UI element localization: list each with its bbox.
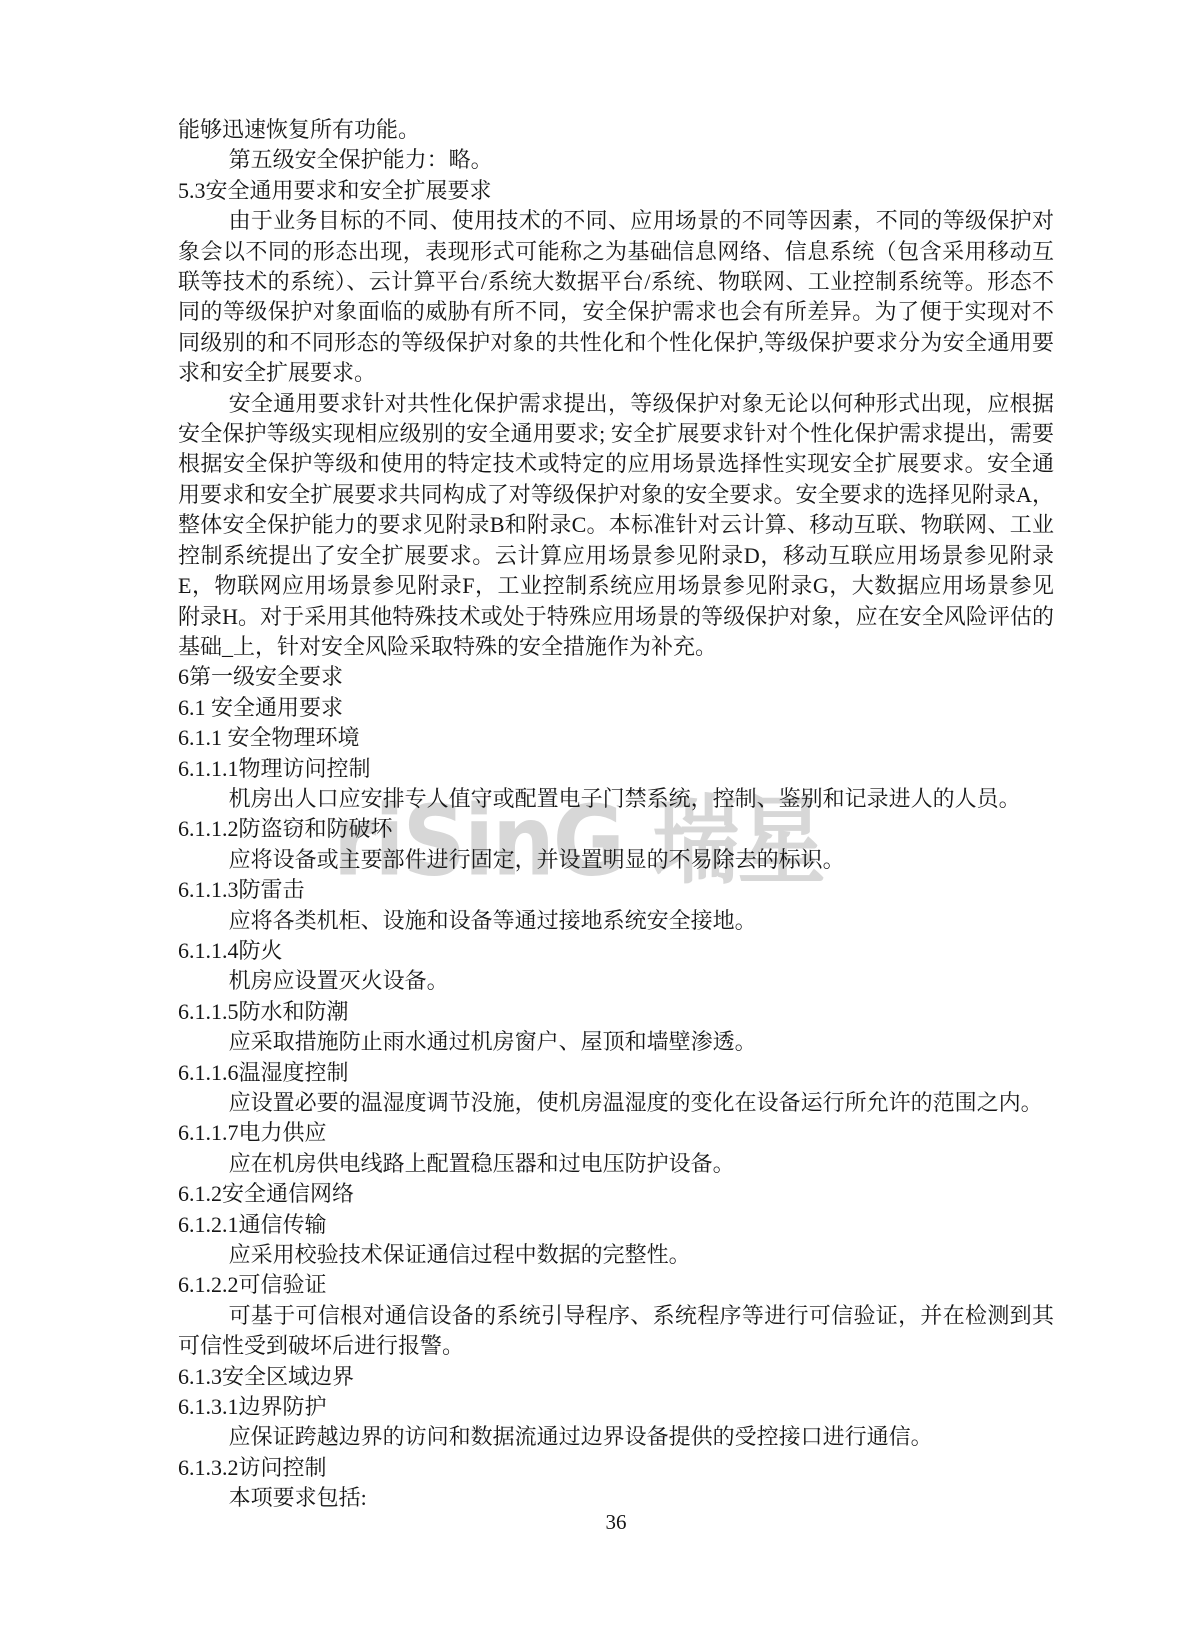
- paragraph: 应采用校验技术保证通信过程中数据的完整性。: [178, 1240, 1054, 1270]
- section-heading: 6.1.1.7电力供应: [178, 1118, 1054, 1148]
- section-heading: 6第一级安全要求: [178, 662, 1054, 692]
- section-heading: 6.1 安全通用要求: [178, 693, 1054, 723]
- paragraph: 由于业务目标的不同、使用技术的不同、应用场景的不同等因素，不同的等级保护对象会以…: [178, 206, 1054, 388]
- paragraph: 机房出人口应安排专人值守或配置电子门禁系统，控制、鉴别和记录进人的人员。: [178, 784, 1054, 814]
- paragraph: 应保证跨越边界的访问和数据流通过边界设备提供的受控接口进行通信。: [178, 1422, 1054, 1452]
- section-heading: 6.1.1.4防火: [178, 936, 1054, 966]
- section-heading: 6.1.1.3防雷击: [178, 875, 1054, 905]
- paragraph: 第五级安全保护能力：略。: [178, 145, 1054, 175]
- paragraph: 应将各类机柜、设施和设备等通过接地系统安全接地。: [178, 906, 1054, 936]
- paragraph: 安全通用要求针对共性化保护需求提出，等级保护对象无论以何种形式出现，应根据安全保…: [178, 389, 1054, 663]
- paragraph: 应采取措施防止雨水通过机房窗户、屋顶和墙壁渗透。: [178, 1027, 1054, 1057]
- section-heading: 6.1.3.1边界防护: [178, 1392, 1054, 1422]
- page-number: 36: [178, 1510, 1054, 1535]
- section-heading: 6.1.2.1通信传输: [178, 1210, 1054, 1240]
- section-heading: 6.1.3.2访问控制: [178, 1453, 1054, 1483]
- section-heading: 6.1.1.6温湿度控制: [178, 1058, 1054, 1088]
- section-heading: 5.3安全通用要求和安全扩展要求: [178, 176, 1054, 206]
- section-heading: 6.1.1.5防水和防潮: [178, 997, 1054, 1027]
- section-heading: 6.1.1.1物理访问控制: [178, 754, 1054, 784]
- section-heading: 6.1.2.2可信验证: [178, 1270, 1054, 1300]
- document-page: riSinG 瑞星 能够迅速恢复所有功能。第五级安全保护能力：略。5.3安全通用…: [0, 0, 1199, 1627]
- section-heading: 6.1.3安全区域边界: [178, 1362, 1054, 1392]
- section-heading: 6.1.2安全通信网络: [178, 1179, 1054, 1209]
- paragraph: 可基于可信根对通信设备的系统引导程序、系统程序等进行可信验证，并在检测到其可信性…: [178, 1301, 1054, 1362]
- paragraph: 机房应设置灭火设备。: [178, 966, 1054, 996]
- paragraph: 应设置必要的温湿度调节没施，使机房温湿度的变化在设备运行所允许的范围之内。: [178, 1088, 1054, 1118]
- paragraph: 能够迅速恢复所有功能。: [178, 115, 1054, 145]
- section-heading: 6.1.1.2防盗窃和防破坏: [178, 814, 1054, 844]
- document-body: 能够迅速恢复所有功能。第五级安全保护能力：略。5.3安全通用要求和安全扩展要求由…: [178, 115, 1054, 1514]
- paragraph: 应在机房供电线路上配置稳压器和过电压防护设备。: [178, 1149, 1054, 1179]
- section-heading: 6.1.1 安全物理环境: [178, 723, 1054, 753]
- paragraph: 应将设备或主要部件进行固定，并设置明显的不易除去的标识。: [178, 845, 1054, 875]
